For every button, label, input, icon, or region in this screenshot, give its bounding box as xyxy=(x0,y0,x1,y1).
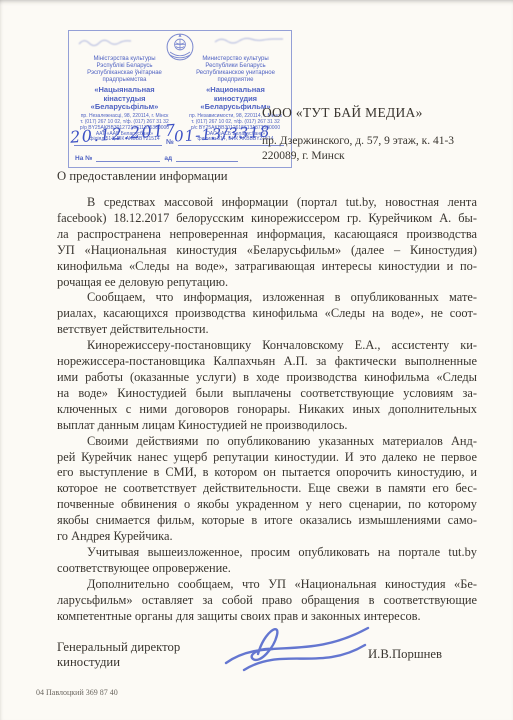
body-line: кинофильма «Следы на воде», затрагивающа… xyxy=(57,259,477,275)
body-line: выплат данным лицам Киностудией не произ… xyxy=(57,418,477,434)
body-line: норежиссера-постановщика Калпахчьян А.П.… xyxy=(57,354,477,370)
outgoing-date-line: № 20.12.2017 01-13/3318 xyxy=(74,133,286,146)
letter-body: В средствах массовой информации (портал … xyxy=(57,195,477,624)
signature-block: Генеральный директор киностудии И.В.Порш… xyxy=(57,640,477,670)
ministry-line: Республики Беларусь xyxy=(180,63,291,70)
ministry-line: Міністэрства культуры xyxy=(69,56,180,63)
number-sign-label: № xyxy=(166,139,174,146)
body-line: Учитывая вышеизложенное, просим опублико… xyxy=(57,545,477,561)
body-paragraph: Кинорежиссеру-постановщику Кончаловскому… xyxy=(57,338,477,433)
letterhead-stamp: Міністэрства культурыРэспублікі Беларусь… xyxy=(68,30,292,168)
recipient-name: ООО «ТУТ БАЙ МЕДИА» xyxy=(262,105,497,121)
body-line: ветствует действительности. xyxy=(57,322,477,338)
ministry-line: предприятие xyxy=(180,77,291,84)
recipient-address-line1: пр. Дзержинского, д. 57, 9 этаж, к. 41-3 xyxy=(262,134,497,149)
stamp-smudge-left xyxy=(77,36,135,48)
reply-date-underline xyxy=(176,155,238,162)
handwritten-signature xyxy=(222,618,372,676)
body-line: Дополнительно сообщаем, что УП «Национал… xyxy=(57,577,477,593)
body-line: ими работы (оказанные услуги) в ходе про… xyxy=(57,370,477,386)
recipient-address-line2: 220089, г. Минск xyxy=(262,149,497,164)
body-paragraph: Учитывая вышеизложенное, просим опублико… xyxy=(57,545,477,577)
body-line: риалах, касающихся производства кинофиль… xyxy=(57,306,477,322)
body-line: якобы снимается фильм, которые в итоге о… xyxy=(57,513,477,529)
body-line: Своими действиями по опубликованию указа… xyxy=(57,434,477,450)
body-line: на воде» Киностудией были выплачены соот… xyxy=(57,386,477,402)
ministry-line: Министерство культуры xyxy=(180,56,291,63)
body-line: почвенные обвинения о якобы украденном у… xyxy=(57,497,477,513)
ministry-line: прадпрыемства xyxy=(69,77,180,84)
body-line: рочащая ее деловую репутацию. xyxy=(57,275,477,291)
body-paragraph: Сообщаем, что информация, изложенная в о… xyxy=(57,290,477,338)
body-line: УП «Национальная киностудия «Беларусьфил… xyxy=(57,243,477,259)
reply-from-label: ад xyxy=(164,155,172,162)
stamp-smudge-right xyxy=(213,35,285,47)
body-paragraph: Своими действиями по опубликованию указа… xyxy=(57,434,477,545)
studio-name-line: «Беларусьфільм» xyxy=(69,103,180,112)
body-line: ла распространена непроверенная информац… xyxy=(57,227,477,243)
studio-name-by: «Нацыянальнаякінастудыя«Беларусьфільм» xyxy=(69,86,180,112)
ministry-line: Республиканское унитарное xyxy=(180,70,291,77)
body-line: В средствах массовой информации (портал … xyxy=(57,195,477,211)
body-line: Сообщаем, что информация, изложенная в о… xyxy=(57,290,477,306)
body-line: го Андрея Курейчика. xyxy=(57,529,477,545)
reply-number-underline xyxy=(96,155,160,162)
body-line: Кинорежиссеру-постановщику Кончаловскому… xyxy=(57,338,477,354)
recipient-block: ООО «ТУТ БАЙ МЕДИА» пр. Дзержинского, д.… xyxy=(262,105,497,163)
ministry-line: Рэспубліканскае ўнітарнае xyxy=(69,70,180,77)
body-line: рей Курейчик нанес ущерб репутации кинос… xyxy=(57,450,477,466)
body-line: facebook) 18.12.2017 белорусским кинореж… xyxy=(57,211,477,227)
executor-footer: 04 Павлоцкий 369 87 40 xyxy=(36,688,118,697)
body-line: его выступление в СМИ, в котором он пыта… xyxy=(57,465,477,481)
coat-of-arms-emblem xyxy=(165,32,195,62)
subject-line: О предоставлении информации xyxy=(57,169,228,184)
reply-reference-line: На №ад xyxy=(75,155,285,162)
reply-label: На № xyxy=(75,155,92,162)
ministry-lines-by: Міністэрства культурыРэспублікі Беларусь… xyxy=(69,56,180,84)
ministry-lines-ru: Министерство культурыРеспублики Беларусь… xyxy=(180,56,291,84)
body-line: ларусьфильм» оставляет за собой право об… xyxy=(57,593,477,609)
ministry-line: Рэспублікі Беларусь xyxy=(69,63,180,70)
body-line: ключенных с ними договоров гонорары. Ник… xyxy=(57,402,477,418)
scanned-letter-page: Міністэрства культурыРэспублікі Беларусь… xyxy=(0,0,513,720)
body-line: которое не соответствует действительност… xyxy=(57,481,477,497)
signer-name: И.В.Поршнев xyxy=(368,647,442,662)
body-line: соответствующее опровержение. xyxy=(57,561,477,577)
body-paragraph: В средствах массовой информации (портал … xyxy=(57,195,477,290)
handwritten-outgoing-number: 01-13/3318 xyxy=(174,122,271,145)
recipient-address: пр. Дзержинского, д. 57, 9 этаж, к. 41-3… xyxy=(262,134,497,163)
